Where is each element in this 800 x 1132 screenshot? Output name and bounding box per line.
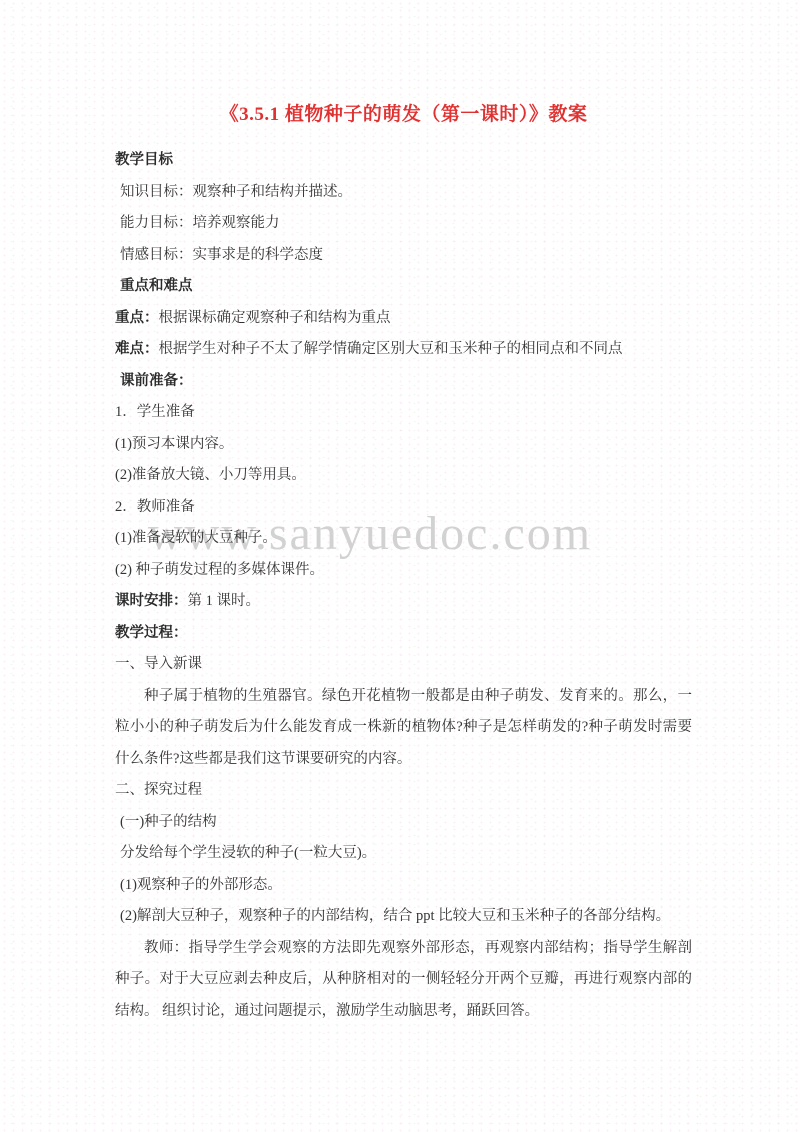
paragraph-text: 根据学生对种子不太了解学情确定区别大豆和玉米种子的相同点和不同点	[159, 341, 623, 357]
paragraph-label: 重点：	[115, 310, 159, 326]
paragraph-text: 二、探究过程	[115, 782, 202, 798]
paragraph: (2)准备放大镜、小刀等用具。	[115, 460, 692, 492]
paragraph-text: 教学过程：	[115, 625, 188, 641]
paragraph: 难点：根据学生对种子不太了解学情确定区别大豆和玉米种子的相同点和不同点	[115, 334, 692, 366]
document-body: 教学目标知识目标：观察种子和结构并描述。能力目标：培养观察能力情感目标：实事求是…	[115, 145, 692, 1027]
paragraph: (一)种子的结构	[115, 807, 692, 839]
paragraph-label: 难点：	[115, 341, 159, 357]
paragraph-text: (2)准备放大镜、小刀等用具。	[115, 467, 306, 483]
paragraph-text: 情感目标：实事求是的科学态度	[120, 247, 323, 263]
section-heading: 教学过程：	[115, 618, 692, 650]
paragraph-text: (2)解剖大豆种子，观察种子的内部结构，结合 ppt 比较大豆和玉米种子的各部分…	[120, 908, 670, 924]
paragraph-text: 根据课标确定观察种子和结构为重点	[159, 310, 391, 326]
paragraph-text: (2) 种子萌发过程的多媒体课件。	[115, 562, 324, 578]
paragraph-text: 教学目标	[115, 152, 173, 168]
document-title: 《3.5.1 植物种子的萌发（第一课时）》教案	[115, 102, 692, 128]
paragraph: 情感目标：实事求是的科学态度	[115, 240, 692, 272]
paragraph-text: 第 1 课时。	[188, 593, 261, 609]
paragraph: (1)观察种子的外部形态。	[115, 870, 692, 902]
paragraph-text: 知识目标：观察种子和结构并描述。	[120, 184, 352, 200]
paragraph: 教师：指导学生学会观察的方法即先观察外部形态，再观察内部结构；指导学生解剖种子。…	[115, 933, 692, 1028]
paragraph-text: (1)预习本课内容。	[115, 436, 233, 452]
paragraph-text: 种子属于植物的生殖器官。绿色开花植物一般都是由种子萌发、发育来的。那么，一粒小小…	[115, 688, 692, 767]
paragraph-text: (1)观察种子的外部形态。	[120, 877, 282, 893]
paragraph: 分发给每个学生浸软的种子(一粒大豆)。	[115, 838, 692, 870]
document-page: www.sanyuedoc.com 《3.5.1 植物种子的萌发（第一课时）》教…	[0, 0, 800, 1132]
paragraph-text: 1．学生准备	[115, 404, 195, 420]
paragraph-label: 课时安排：	[115, 593, 188, 609]
paragraph-text: 分发给每个学生浸软的种子(一粒大豆)。	[120, 845, 376, 861]
section-heading: 课前准备：	[115, 366, 692, 398]
paragraph: 知识目标：观察种子和结构并描述。	[115, 177, 692, 209]
section-heading: 重点和难点	[115, 271, 692, 303]
paragraph-text: 重点和难点	[120, 278, 193, 294]
paragraph: 重点：根据课标确定观察种子和结构为重点	[115, 303, 692, 335]
paragraph-text: (一)种子的结构	[120, 814, 217, 830]
document-content: 《3.5.1 植物种子的萌发（第一课时）》教案 教学目标知识目标：观察种子和结构…	[0, 0, 800, 1027]
paragraph: 二、探究过程	[115, 775, 692, 807]
paragraph-text: 教师：指导学生学会观察的方法即先观察外部形态，再观察内部结构；指导学生解剖种子。…	[115, 940, 692, 1019]
paragraph: 能力目标：培养观察能力	[115, 208, 692, 240]
paragraph: 种子属于植物的生殖器官。绿色开花植物一般都是由种子萌发、发育来的。那么，一粒小小…	[115, 681, 692, 776]
paragraph: (2) 种子萌发过程的多媒体课件。	[115, 555, 692, 587]
paragraph: (1)准备浸软的大豆种子。	[115, 523, 692, 555]
paragraph-text: (1)准备浸软的大豆种子。	[115, 530, 277, 546]
paragraph: 1．学生准备	[115, 397, 692, 429]
paragraph: 课时安排：第 1 课时。	[115, 586, 692, 618]
paragraph-text: 一、导入新课	[115, 656, 202, 672]
paragraph: (1)预习本课内容。	[115, 429, 692, 461]
paragraph: 2．教师准备	[115, 492, 692, 524]
paragraph-text: 2．教师准备	[115, 499, 195, 515]
paragraph: 一、导入新课	[115, 649, 692, 681]
paragraph-text: 课前准备：	[120, 373, 193, 389]
paragraph: (2)解剖大豆种子，观察种子的内部结构，结合 ppt 比较大豆和玉米种子的各部分…	[115, 901, 692, 933]
paragraph-text: 能力目标：培养观察能力	[120, 215, 280, 231]
section-heading: 教学目标	[115, 145, 692, 177]
